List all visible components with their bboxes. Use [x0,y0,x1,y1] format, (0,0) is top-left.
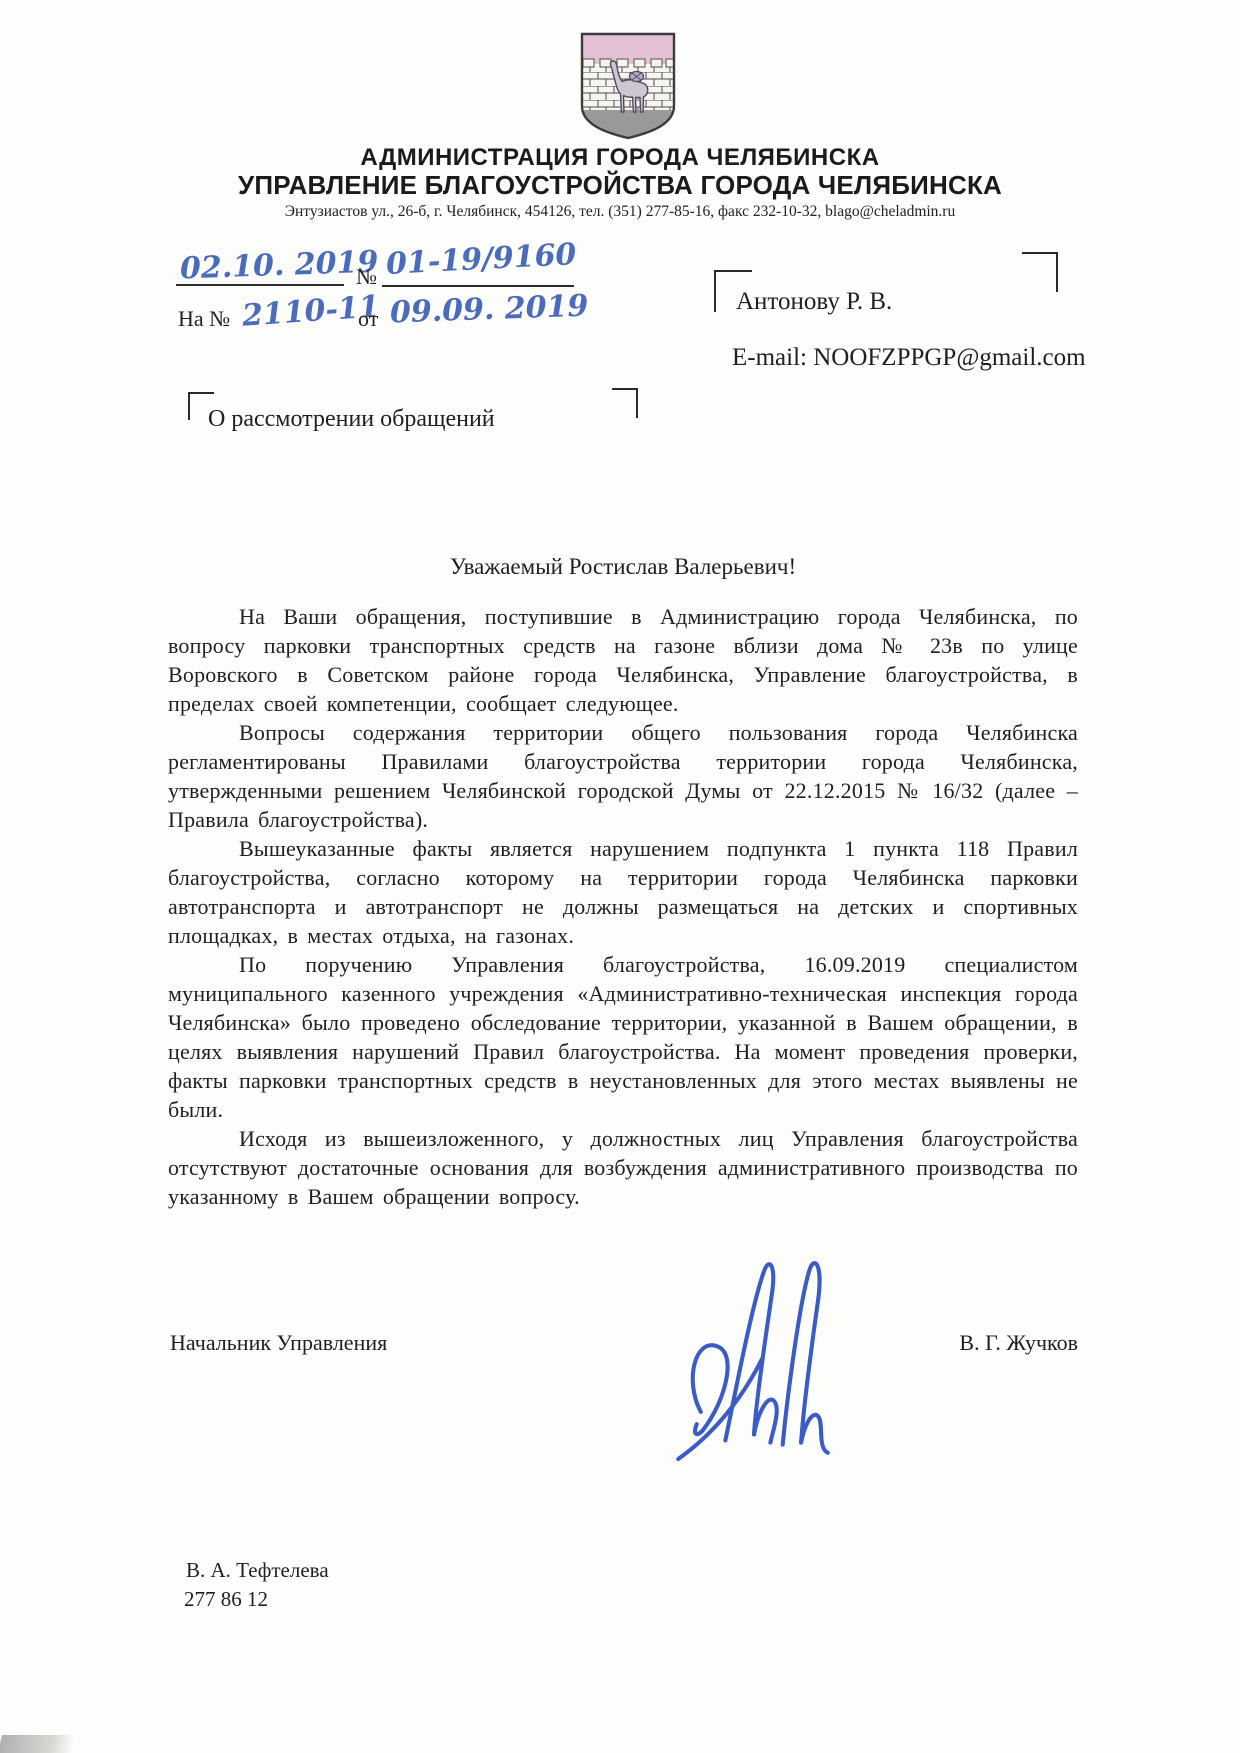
handwritten-signature-icon [672,1248,877,1463]
number-underline [382,285,574,287]
date-underline [176,284,344,286]
recipient-email: E-mail: NOOFZPPGP@gmail.com [732,344,1086,372]
body-paragraph: По поручению Управления благоустройства,… [168,950,1078,1124]
greeting-line: Уважаемый Ростислав Валерьевич! [168,554,1078,580]
recipient-corner-bracket-right [1022,252,1058,292]
signer-position: Начальник Управления [170,1330,387,1356]
coat-of-arms-icon [578,30,678,142]
signature-svg [672,1248,877,1463]
org-address-line: Энтузиастов ул., 26-б, г. Челябинск, 454… [0,203,1240,221]
reply-date-handwritten: 09.09. 2019 [389,289,588,331]
reply-from-label: от [358,306,378,332]
reply-to-label: На № [178,306,230,332]
outgoing-date-handwritten: 02.10. 2019 [179,245,378,287]
subject-line: О рассмотрении обращений [208,406,495,433]
subject-corner-bracket-right [612,388,638,418]
executor-phone: 277 86 12 [184,1587,268,1612]
body-paragraph: Исходя из вышеизложенного, у должностных… [168,1124,1078,1211]
number-sign-label: № [356,264,377,290]
body-paragraph: На Ваши обращения, поступившие в Админис… [168,602,1078,718]
scan-artifact-blob [0,1735,76,1753]
body-paragraph: Вопросы содержания территории общего пол… [168,718,1078,834]
recipient-name: Антонову Р. В. [736,288,892,316]
org-name-line1: АДМИНИСТРАЦИЯ ГОРОДА ЧЕЛЯБИНСКА [0,144,1240,172]
letter-body: На Ваши обращения, поступившие в Админис… [168,602,1078,1211]
org-name-line2: УПРАВЛЕНИЕ БЛАГОУСТРОЙСТВА ГОРОДА ЧЕЛЯБИ… [0,170,1240,201]
outgoing-number-handwritten: 01-19/9160 [385,237,577,282]
signer-name: В. Г. Жучков [890,1330,1078,1356]
body-paragraph: Вышеуказанные факты является нарушением … [168,834,1078,950]
scanned-letter-page: АДМИНИСТРАЦИЯ ГОРОДА ЧЕЛЯБИНСКА УПРАВЛЕН… [0,0,1240,1753]
executor-name: В. А. Тефтелева [186,1558,329,1583]
crest-svg [578,30,678,142]
